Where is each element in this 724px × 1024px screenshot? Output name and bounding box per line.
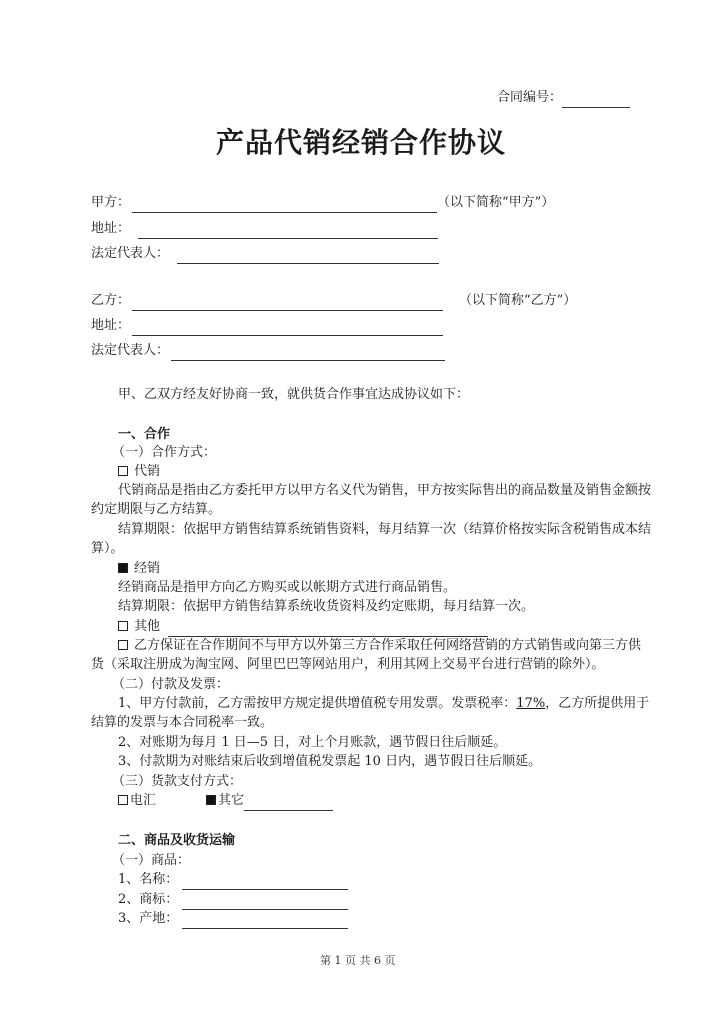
party-a-address-field[interactable] <box>138 224 438 239</box>
section-1-sub-2: （二）付款及发票： <box>112 675 229 695</box>
consign-label: 代销 <box>134 464 160 479</box>
consign-checkbox[interactable] <box>118 466 128 476</box>
consign-desc-line-2: 约定期限与乙方结算。 <box>91 500 221 520</box>
pay-wire-checkbox[interactable] <box>118 795 128 805</box>
party-b-address-label: 地址： <box>91 318 130 333</box>
party-a-address-line: 地址： <box>91 219 438 239</box>
pay-wire-option[interactable]: 电汇 <box>118 793 156 808</box>
section-1-heading: 一、合作 <box>118 425 170 445</box>
intro-paragraph: 甲、乙双方经友好协商一致，就供货合作事宜达成协议如下： <box>118 385 469 405</box>
payment-item-1-post: ，乙方所提供用于 <box>545 696 649 711</box>
pay-other-option[interactable]: 其它 <box>206 793 333 808</box>
distribute-label: 经销 <box>134 561 160 576</box>
page-title: 产品代销经销合作协议 <box>216 121 506 161</box>
party-b-rep-field[interactable] <box>171 346 445 361</box>
party-b-name-field[interactable] <box>132 296 443 311</box>
distribute-checkbox[interactable] <box>118 563 128 573</box>
other-checkbox[interactable] <box>118 621 128 631</box>
guarantee-line-2: 货（采取注册成为淘宝网、阿里巴巴等网站用户，利用其网上交易平台进行营销的除外）。 <box>91 655 605 675</box>
product-name-line: 1、名称： <box>118 870 348 890</box>
party-b-alias: （以下简称“乙方”） <box>459 293 576 308</box>
party-a-rep-field[interactable] <box>177 249 439 264</box>
page-number: 第 1 页 共 6 页 <box>320 952 395 968</box>
consign-desc-line-1: 代销商品是指由乙方委托甲方以甲方名义代为销售，甲方按实际售出的商品数量及销售金额… <box>118 481 651 501</box>
tax-rate-value: 17% <box>516 696 545 711</box>
distribute-settle: 结算期限：依据甲方销售结算系统收货资料及约定账期，每月结算一次。 <box>118 597 534 617</box>
pay-other-checkbox[interactable] <box>206 795 216 805</box>
other-label: 其他 <box>134 619 160 634</box>
consign-settle-line-2: 算）。 <box>91 539 124 559</box>
payment-item-1-pre: 1、甲方付款前，乙方需按甲方规定提供增值税专用发票。发票税率： <box>118 696 516 711</box>
party-b-name-label: 乙方： <box>91 293 130 308</box>
guarantee-checkbox[interactable] <box>118 640 128 650</box>
consign-settle-line-1: 结算期限：依据甲方销售结算系统销售资料，每月结算一次（结算价格按实际含税销售成本… <box>118 520 651 540</box>
guarantee-line-1: 乙方保证在合作期间不与甲方以外第三方合作采取任何网络营销的方式销售或向第三方供 <box>118 636 641 656</box>
product-name-field[interactable] <box>182 875 348 890</box>
party-a-name-field[interactable] <box>132 198 437 213</box>
product-origin-label: 3、产地： <box>118 911 178 926</box>
party-a-name-line: 甲方：（以下简称“甲方”） <box>91 193 554 213</box>
payment-item-1: 1、甲方付款前，乙方需按甲方规定提供增值税专用发票。发票税率：17%，乙方所提供… <box>118 694 649 714</box>
product-brand-label: 2、商标： <box>118 892 178 907</box>
section-1-sub-3: （三）货款支付方式： <box>112 772 242 792</box>
other-field[interactable] <box>168 622 488 637</box>
party-b-address-line: 地址： <box>91 316 443 336</box>
payment-methods: 电汇其它 <box>118 791 333 811</box>
payment-item-3: 3、付款期为对账结束后收到增值税发票起 10 日内，遇节假日往后顺延。 <box>118 752 541 772</box>
other-option[interactable]: 其他 <box>118 617 488 637</box>
party-b-rep-line: 法定代表人： <box>91 341 445 361</box>
party-b-rep-label: 法定代表人： <box>91 343 169 358</box>
product-origin-field[interactable] <box>182 914 348 929</box>
contract-number-field[interactable] <box>562 93 630 108</box>
distribute-option[interactable]: 经销 <box>118 559 160 579</box>
party-a-alias: （以下简称“甲方”） <box>437 195 554 210</box>
party-a-name-label: 甲方： <box>91 195 130 210</box>
section-2-sub-1: （一）商品： <box>112 851 190 871</box>
product-brand-field[interactable] <box>182 895 348 910</box>
contract-number-line: 合同编号： <box>497 88 630 108</box>
guarantee-text-1: 乙方保证在合作期间不与甲方以外第三方合作采取任何网络营销的方式销售或向第三方供 <box>134 638 641 653</box>
product-brand-line: 2、商标： <box>118 890 348 910</box>
party-b-name-line: 乙方：（以下简称“乙方”） <box>91 291 576 311</box>
contract-number-label: 合同编号： <box>497 90 562 105</box>
product-origin-line: 3、产地： <box>118 909 348 929</box>
pay-other-field[interactable] <box>244 796 333 811</box>
payment-item-1-line-2: 结算的发票与本合同税率一致。 <box>91 713 273 733</box>
consign-option[interactable]: 代销 <box>118 462 160 482</box>
product-name-label: 1、名称： <box>118 872 178 887</box>
distribute-desc: 经销商品是指甲方向乙方购买或以帐期方式进行商品销售。 <box>118 578 456 598</box>
section-2-heading: 二、商品及收货运输 <box>118 831 235 851</box>
party-a-rep-label: 法定代表人： <box>91 246 169 261</box>
pay-other-label: 其它 <box>218 793 244 808</box>
pay-wire-label: 电汇 <box>130 793 156 808</box>
party-a-address-label: 地址： <box>91 221 130 236</box>
section-1-sub-1: （一）合作方式： <box>112 443 216 463</box>
party-b-address-field[interactable] <box>132 321 443 336</box>
party-a-rep-line: 法定代表人： <box>91 244 439 264</box>
payment-item-2: 2、对账期为每月 1 日—5 日，对上个月账款，遇节假日往后顺延。 <box>118 733 506 753</box>
